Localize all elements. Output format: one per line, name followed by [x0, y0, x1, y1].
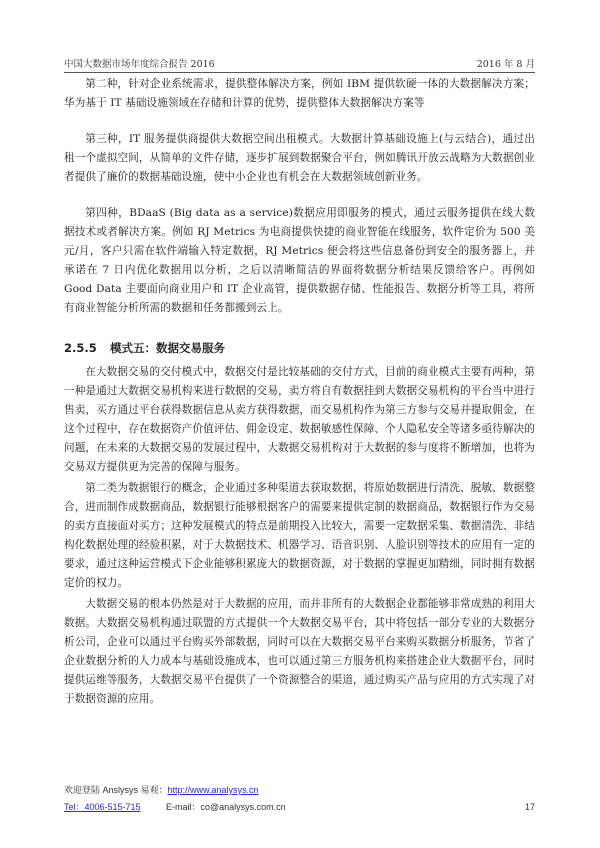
- tel-link[interactable]: Tel：4006-515-715: [64, 802, 141, 812]
- section-title: 模式五：数据交易服务: [110, 341, 225, 355]
- paragraph-model-three: 第三种，IT 服务提供商提供大数据空间出租模式。大数据计算基础设施上(与云结合)…: [64, 130, 535, 187]
- page-body: 第二种，针对企业系统需求，提供整体解决方案，例如 IBM 提供软硬一体的大数据解…: [64, 75, 535, 709]
- spacer: [64, 318, 535, 335]
- report-title: 中国大数据市场年度综合报告 2016: [64, 56, 215, 70]
- paragraph-model-four: 第四种，BDaaS (Big data as a service)数据应用即服务…: [64, 204, 535, 318]
- section-number: 2.5.5: [64, 335, 110, 361]
- welcome-text: 欢迎登陆 Anslysys 易观：: [64, 782, 168, 799]
- spacer: [64, 187, 535, 204]
- paragraph-data-bank: 第二类为数据银行的概念，企业通过多种渠道去获取数据，将原始数据进行清洗、脱敏、数…: [64, 479, 535, 593]
- report-date: 2016 年 8 月: [477, 56, 535, 70]
- email-text: E-mail：co@analysys.com.cn: [166, 799, 515, 816]
- footer-contact-row: Tel：4006-515-715 E-mail：co@analysys.com.…: [64, 799, 535, 816]
- page-header: 中国大数据市场年度综合报告 2016 2016 年 8 月: [64, 55, 535, 73]
- paragraph-data-delivery: 在大数据交易的交付模式中，数据交付是比较基础的交付方式，目前的商业模式主要有两种…: [64, 363, 535, 477]
- paragraph-data-application: 大数据交易的根本仍然是对于大数据的应用，而并非所有的大数据企业都能够非常成熟的利…: [64, 595, 535, 709]
- footer-welcome-row: 欢迎登陆 Anslysys 易观： http://www.analysys.cn: [64, 782, 535, 799]
- section-heading: 2.5.5模式五：数据交易服务: [64, 335, 535, 361]
- page-number: 17: [515, 799, 535, 816]
- page-footer: 欢迎登陆 Anslysys 易观： http://www.analysys.cn…: [64, 782, 535, 816]
- spacer: [64, 113, 535, 130]
- paragraph-model-two: 第二种，针对企业系统需求，提供整体解决方案，例如 IBM 提供软硬一体的大数据解…: [64, 75, 535, 113]
- website-link[interactable]: http://www.analysys.cn: [168, 782, 259, 799]
